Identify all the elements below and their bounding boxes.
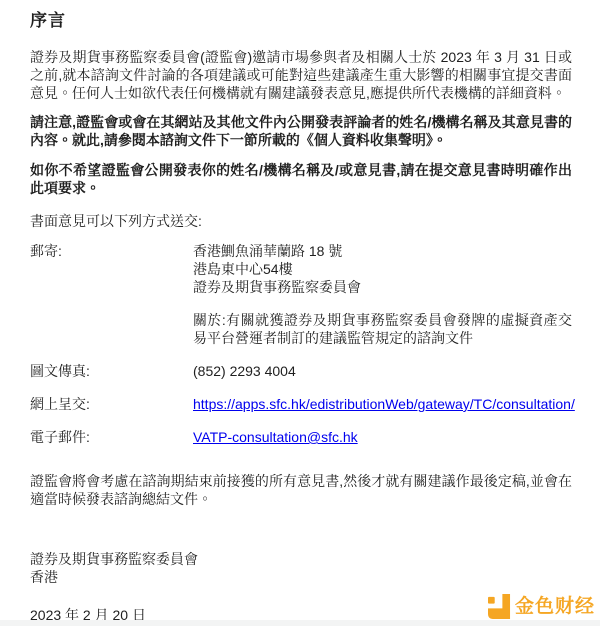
method-row-fax: 圖文傳真: (852) 2293 4004 xyxy=(30,362,572,380)
mail-address-line: 證券及期貨事務監察委員會 xyxy=(193,278,572,296)
signature-organisation: 證券及期貨事務監察委員會 xyxy=(30,550,572,568)
jinse-finance-wordmark: 金色财经 xyxy=(515,597,595,616)
email-value: VATP-consultation@sfc.hk xyxy=(193,428,572,446)
submission-methods-table: 郵寄: 香港鰂魚涌華蘭路 18 號 港島東中心54樓 證券及期貨事務監察委員會 … xyxy=(30,242,572,446)
subject-label-spacer xyxy=(30,311,193,347)
page-bottom-edge xyxy=(0,620,600,626)
closing-paragraph: 證監會將會考慮在諮詢期結束前接獲的所有意見書,然後才就有關建議作最後定稿,並會在… xyxy=(30,472,572,508)
online-label: 網上呈交: xyxy=(30,395,193,413)
email-label: 電子郵件: xyxy=(30,428,193,446)
mail-address: 香港鰂魚涌華蘭路 18 號 港島東中心54樓 證券及期貨事務監察委員會 xyxy=(193,242,572,296)
intro-paragraph: 證券及期貨事務監察委員會(證監會)邀請市場參與者及相關人士於 2023 年 3 … xyxy=(30,48,572,102)
notice-publish-paragraph: 請注意,證監會或會在其網站及其他文件內公開發表評論者的姓名/機構名稱及其意見書的… xyxy=(30,113,572,149)
fax-label: 圖文傳真: xyxy=(30,362,193,380)
consultation-subject: 關於:有關就獲證券及期貨事務監察委員會發牌的虛擬資產交易平台營運者制訂的建議監管… xyxy=(193,311,572,347)
mail-label: 郵寄: xyxy=(30,242,193,296)
signature-location: 香港 xyxy=(30,568,572,586)
page-title: 序言 xyxy=(30,6,572,31)
consultation-email-link[interactable]: VATP-consultation@sfc.hk xyxy=(193,429,358,445)
method-row-email: 電子郵件: VATP-consultation@sfc.hk xyxy=(30,428,572,446)
mail-address-line: 香港鰂魚涌華蘭路 18 號 xyxy=(193,242,572,260)
methods-intro: 書面意見可以下列方式送交: xyxy=(30,212,572,230)
consultation-url-link[interactable]: https://apps.sfc.hk/edistributionWeb/gat… xyxy=(193,396,575,412)
online-value: https://apps.sfc.hk/edistributionWeb/gat… xyxy=(193,395,575,413)
notice-optout-paragraph: 如你不希望證監會公開發表你的姓名/機構名稱及/或意見書,請在提交意見書時明確作出… xyxy=(30,161,572,197)
method-row-subject: 關於:有關就獲證券及期貨事務監察委員會發牌的虛擬資產交易平台營運者制訂的建議監管… xyxy=(30,311,572,347)
jinse-finance-logo-icon xyxy=(488,594,511,619)
jinse-finance-watermark: 金色财经 xyxy=(488,594,595,619)
method-row-online: 網上呈交: https://apps.sfc.hk/edistributionW… xyxy=(30,395,572,413)
fax-number: (852) 2293 4004 xyxy=(193,362,572,380)
signature-block: 證券及期貨事務監察委員會 香港 xyxy=(30,550,572,586)
consultation-document-page: 序言 證券及期貨事務監察委員會(證監會)邀請市場參與者及相關人士於 2023 年… xyxy=(0,0,600,626)
mail-address-line: 港島東中心54樓 xyxy=(193,260,572,278)
method-row-mail: 郵寄: 香港鰂魚涌華蘭路 18 號 港島東中心54樓 證券及期貨事務監察委員會 xyxy=(30,242,572,296)
